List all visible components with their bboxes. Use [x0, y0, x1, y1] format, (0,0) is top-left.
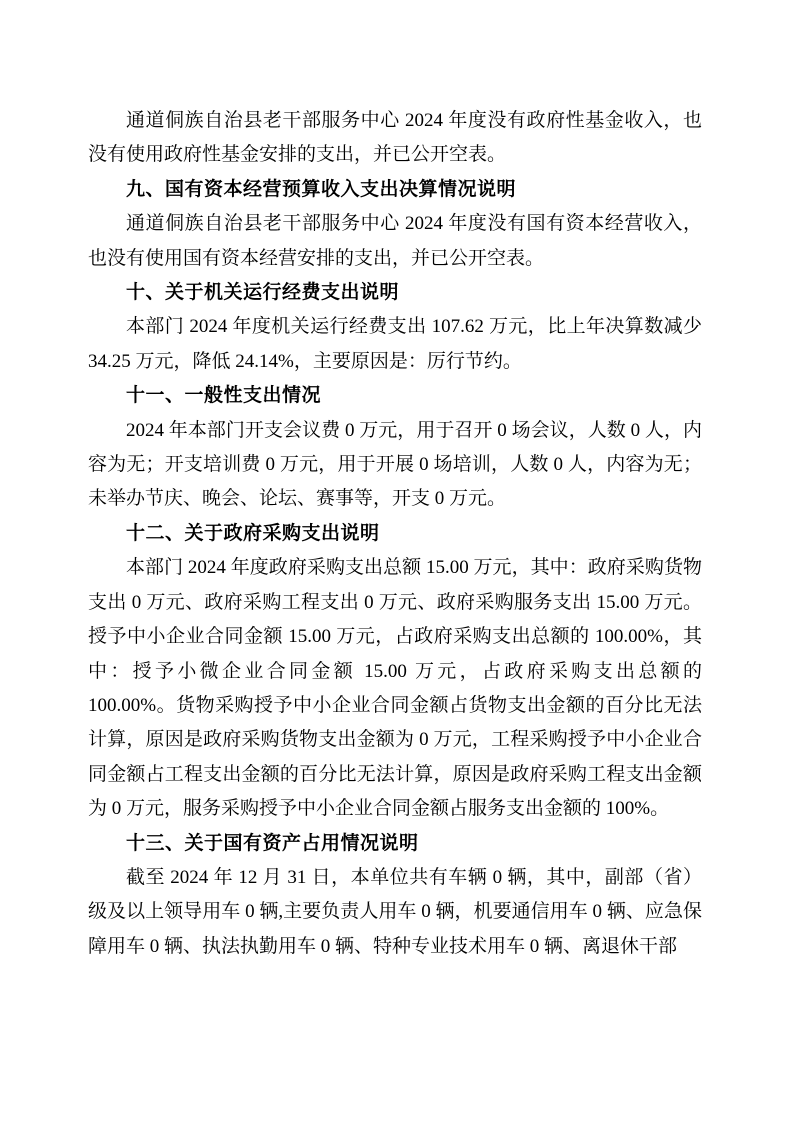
heading-section-9-state-capital-budget: 九、国有资本经营预算收入支出决算情况说明	[88, 173, 702, 207]
paragraph-gov-fund-note: 通道侗族自治县老干部服务中心 2024 年度没有政府性基金收入，也没有使用政府性…	[88, 104, 702, 173]
heading-section-13-state-asset-occupancy: 十三、关于国有资产占用情况说明	[88, 827, 702, 861]
document-body: 通道侗族自治县老干部服务中心 2024 年度没有政府性基金收入，也没有使用政府性…	[88, 104, 702, 964]
document-page: 通道侗族自治县老干部服务中心 2024 年度没有政府性基金收入，也没有使用政府性…	[0, 0, 793, 1122]
heading-section-11-general-expense: 十一、一般性支出情况	[88, 379, 702, 413]
paragraph-state-capital-note: 通道侗族自治县老干部服务中心 2024 年度没有国有资本经营收入，也没有使用国有…	[88, 207, 702, 276]
paragraph-operating-expense-note: 本部门 2024 年度机关运行经费支出 107.62 万元，比上年决算数减少 3…	[88, 310, 702, 379]
paragraph-state-asset-occupancy-note: 截至 2024 年 12 月 31 日，本单位共有车辆 0 辆，其中，副部（省）…	[88, 861, 702, 964]
heading-section-10-operating-expense: 十、关于机关运行经费支出说明	[88, 276, 702, 310]
heading-section-12-gov-procurement: 十二、关于政府采购支出说明	[88, 517, 702, 551]
paragraph-general-expense-note: 2024 年本部门开支会议费 0 万元，用于召开 0 场会议，人数 0 人，内容…	[88, 414, 702, 517]
paragraph-gov-procurement-note: 本部门 2024 年度政府采购支出总额 15.00 万元，其中：政府采购货物支出…	[88, 551, 702, 826]
